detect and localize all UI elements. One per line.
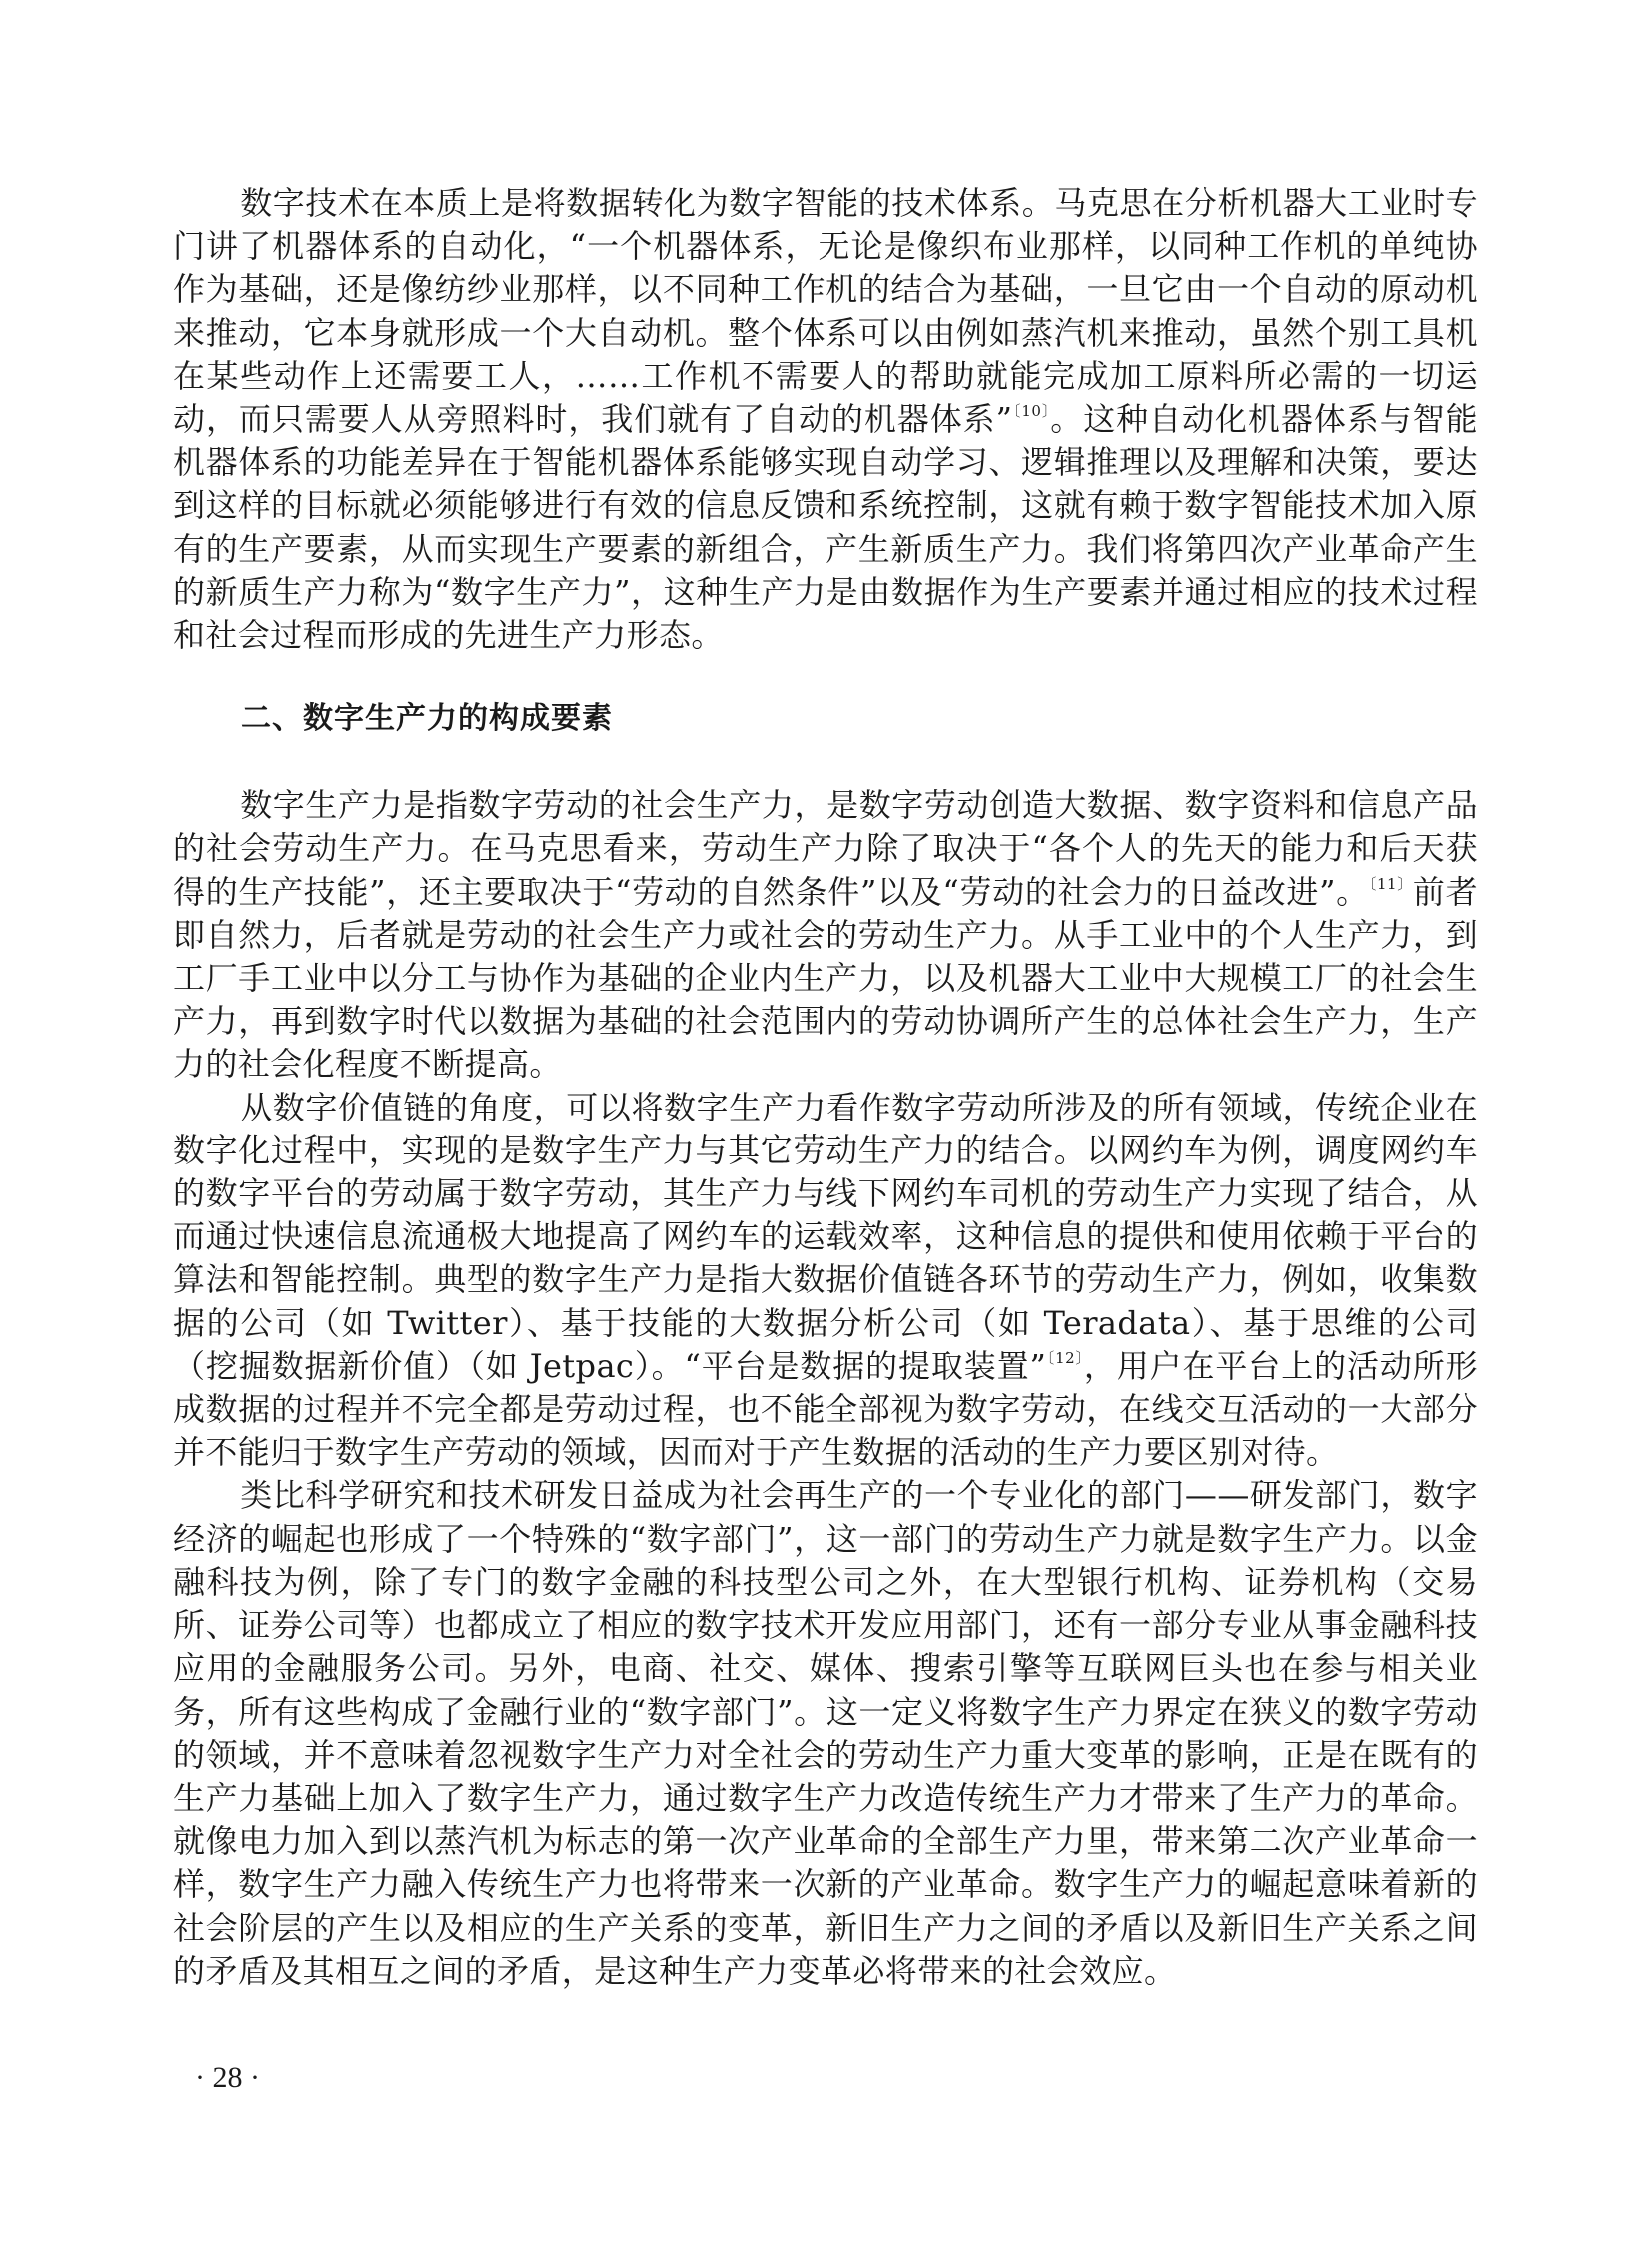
paragraph-text: 从数字价值链的角度，可以将数字生产力看作数字劳动所涉及的所有领域，传统企业在数字…: [173, 1089, 1478, 1385]
citation-ref-12: 〔12〕: [1046, 1349, 1084, 1367]
section-heading: 二、数字生产力的构成要素: [173, 697, 1478, 740]
paragraph-digital-sector: 类比科学研究和技术研发日益成为社会再生产的一个专业化的部门——研发部门，数字经济…: [173, 1474, 1478, 1992]
paragraph-text: 。这种自动化机器体系与智能机器体系的功能差异在于智能机器体系能够实现自动学习、逻…: [173, 400, 1478, 654]
paragraph-automation-machine-system: 数字技术在本质上是将数据转化为数字智能的技术体系。马克思在分析机器大工业时专门讲…: [173, 182, 1478, 657]
citation-ref-11: 〔11〕: [1369, 875, 1413, 893]
paragraph-digital-productivity-definition: 数字生产力是指数字劳动的社会生产力，是数字劳动创造大数据、数字资料和信息产品的社…: [173, 784, 1478, 1086]
paragraph-digital-value-chain: 从数字价值链的角度，可以将数字生产力看作数字劳动所涉及的所有领域，传统企业在数字…: [173, 1087, 1478, 1475]
page-body: 数字技术在本质上是将数据转化为数字智能的技术体系。马克思在分析机器大工业时专门讲…: [173, 182, 1478, 1993]
citation-ref-10: 〔10〕: [1012, 402, 1050, 420]
page-number: · 28 ·: [195, 2061, 260, 2095]
paragraph-text: 数字生产力是指数字劳动的社会生产力，是数字劳动创造大数据、数字资料和信息产品的社…: [173, 786, 1478, 910]
